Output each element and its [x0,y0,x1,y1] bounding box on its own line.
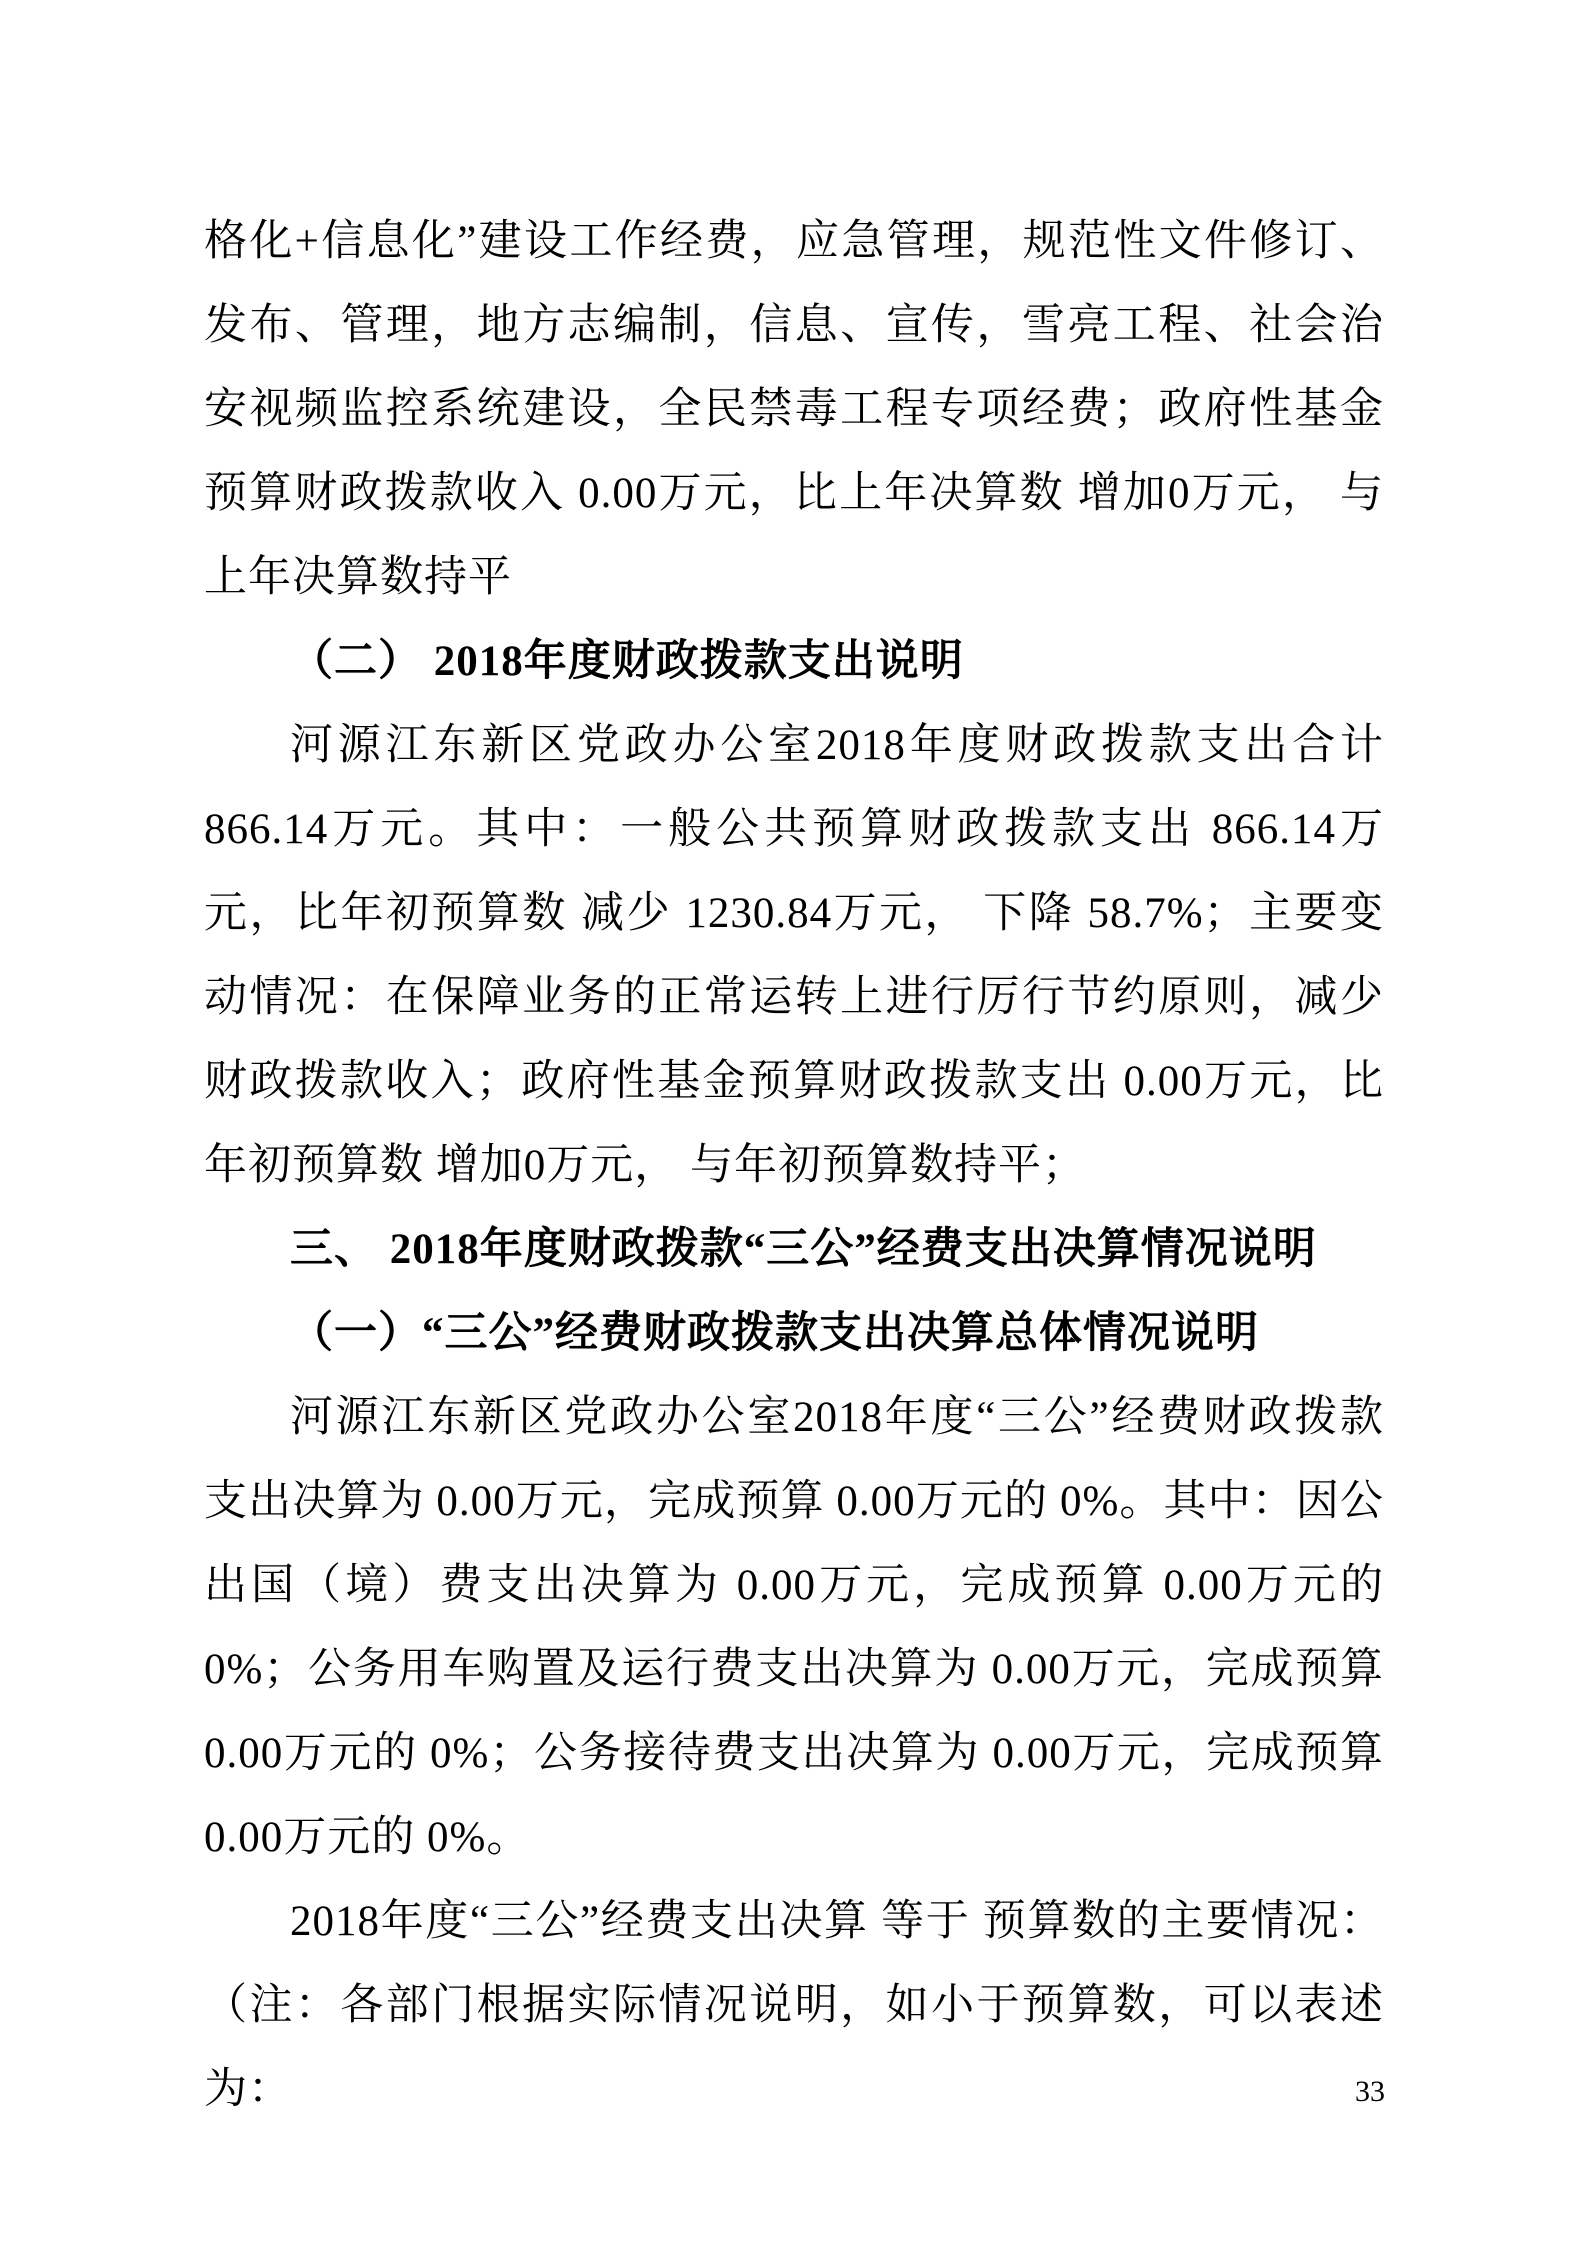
paragraph-grid-info-expenses-continuation: 格化+信息化”建设工作经费，应急管理，规范性文件修订、发布、管理，地方志编制，信… [204,200,1384,620]
document-body: 格化+信息化”建设工作经费，应急管理，规范性文件修订、发布、管理，地方志编制，信… [204,200,1384,2132]
page-number: 33 [1355,2074,1385,2110]
document-page: 格化+信息化”建设工作经费，应急管理，规范性文件修订、发布、管理，地方志编制，信… [0,0,1587,2245]
paragraph-fiscal-expenditure-detail: 河源江东新区党政办公室2018年度财政拨款支出合计866.14万元。其中：一般公… [204,704,1384,1208]
paragraph-three-public-funds-detail: 河源江东新区党政办公室2018年度“三公”经费财政拨款支出决算为 0.00万元，… [204,1376,1384,1880]
paragraph-three-public-comparison-note: 2018年度“三公”经费支出决算 等于 预算数的主要情况：（注：各部门根据实际情… [204,1880,1384,2132]
heading-section-1-three-public-overview: （一）“三公”经费财政拨款支出决算总体情况说明 [204,1292,1384,1376]
heading-part-3-three-public-funds: 三、 2018年度财政拨款“三公”经费支出决算情况说明 [204,1208,1384,1292]
heading-section-2-fiscal-expenditure: （二） 2018年度财政拨款支出说明 [204,620,1384,704]
